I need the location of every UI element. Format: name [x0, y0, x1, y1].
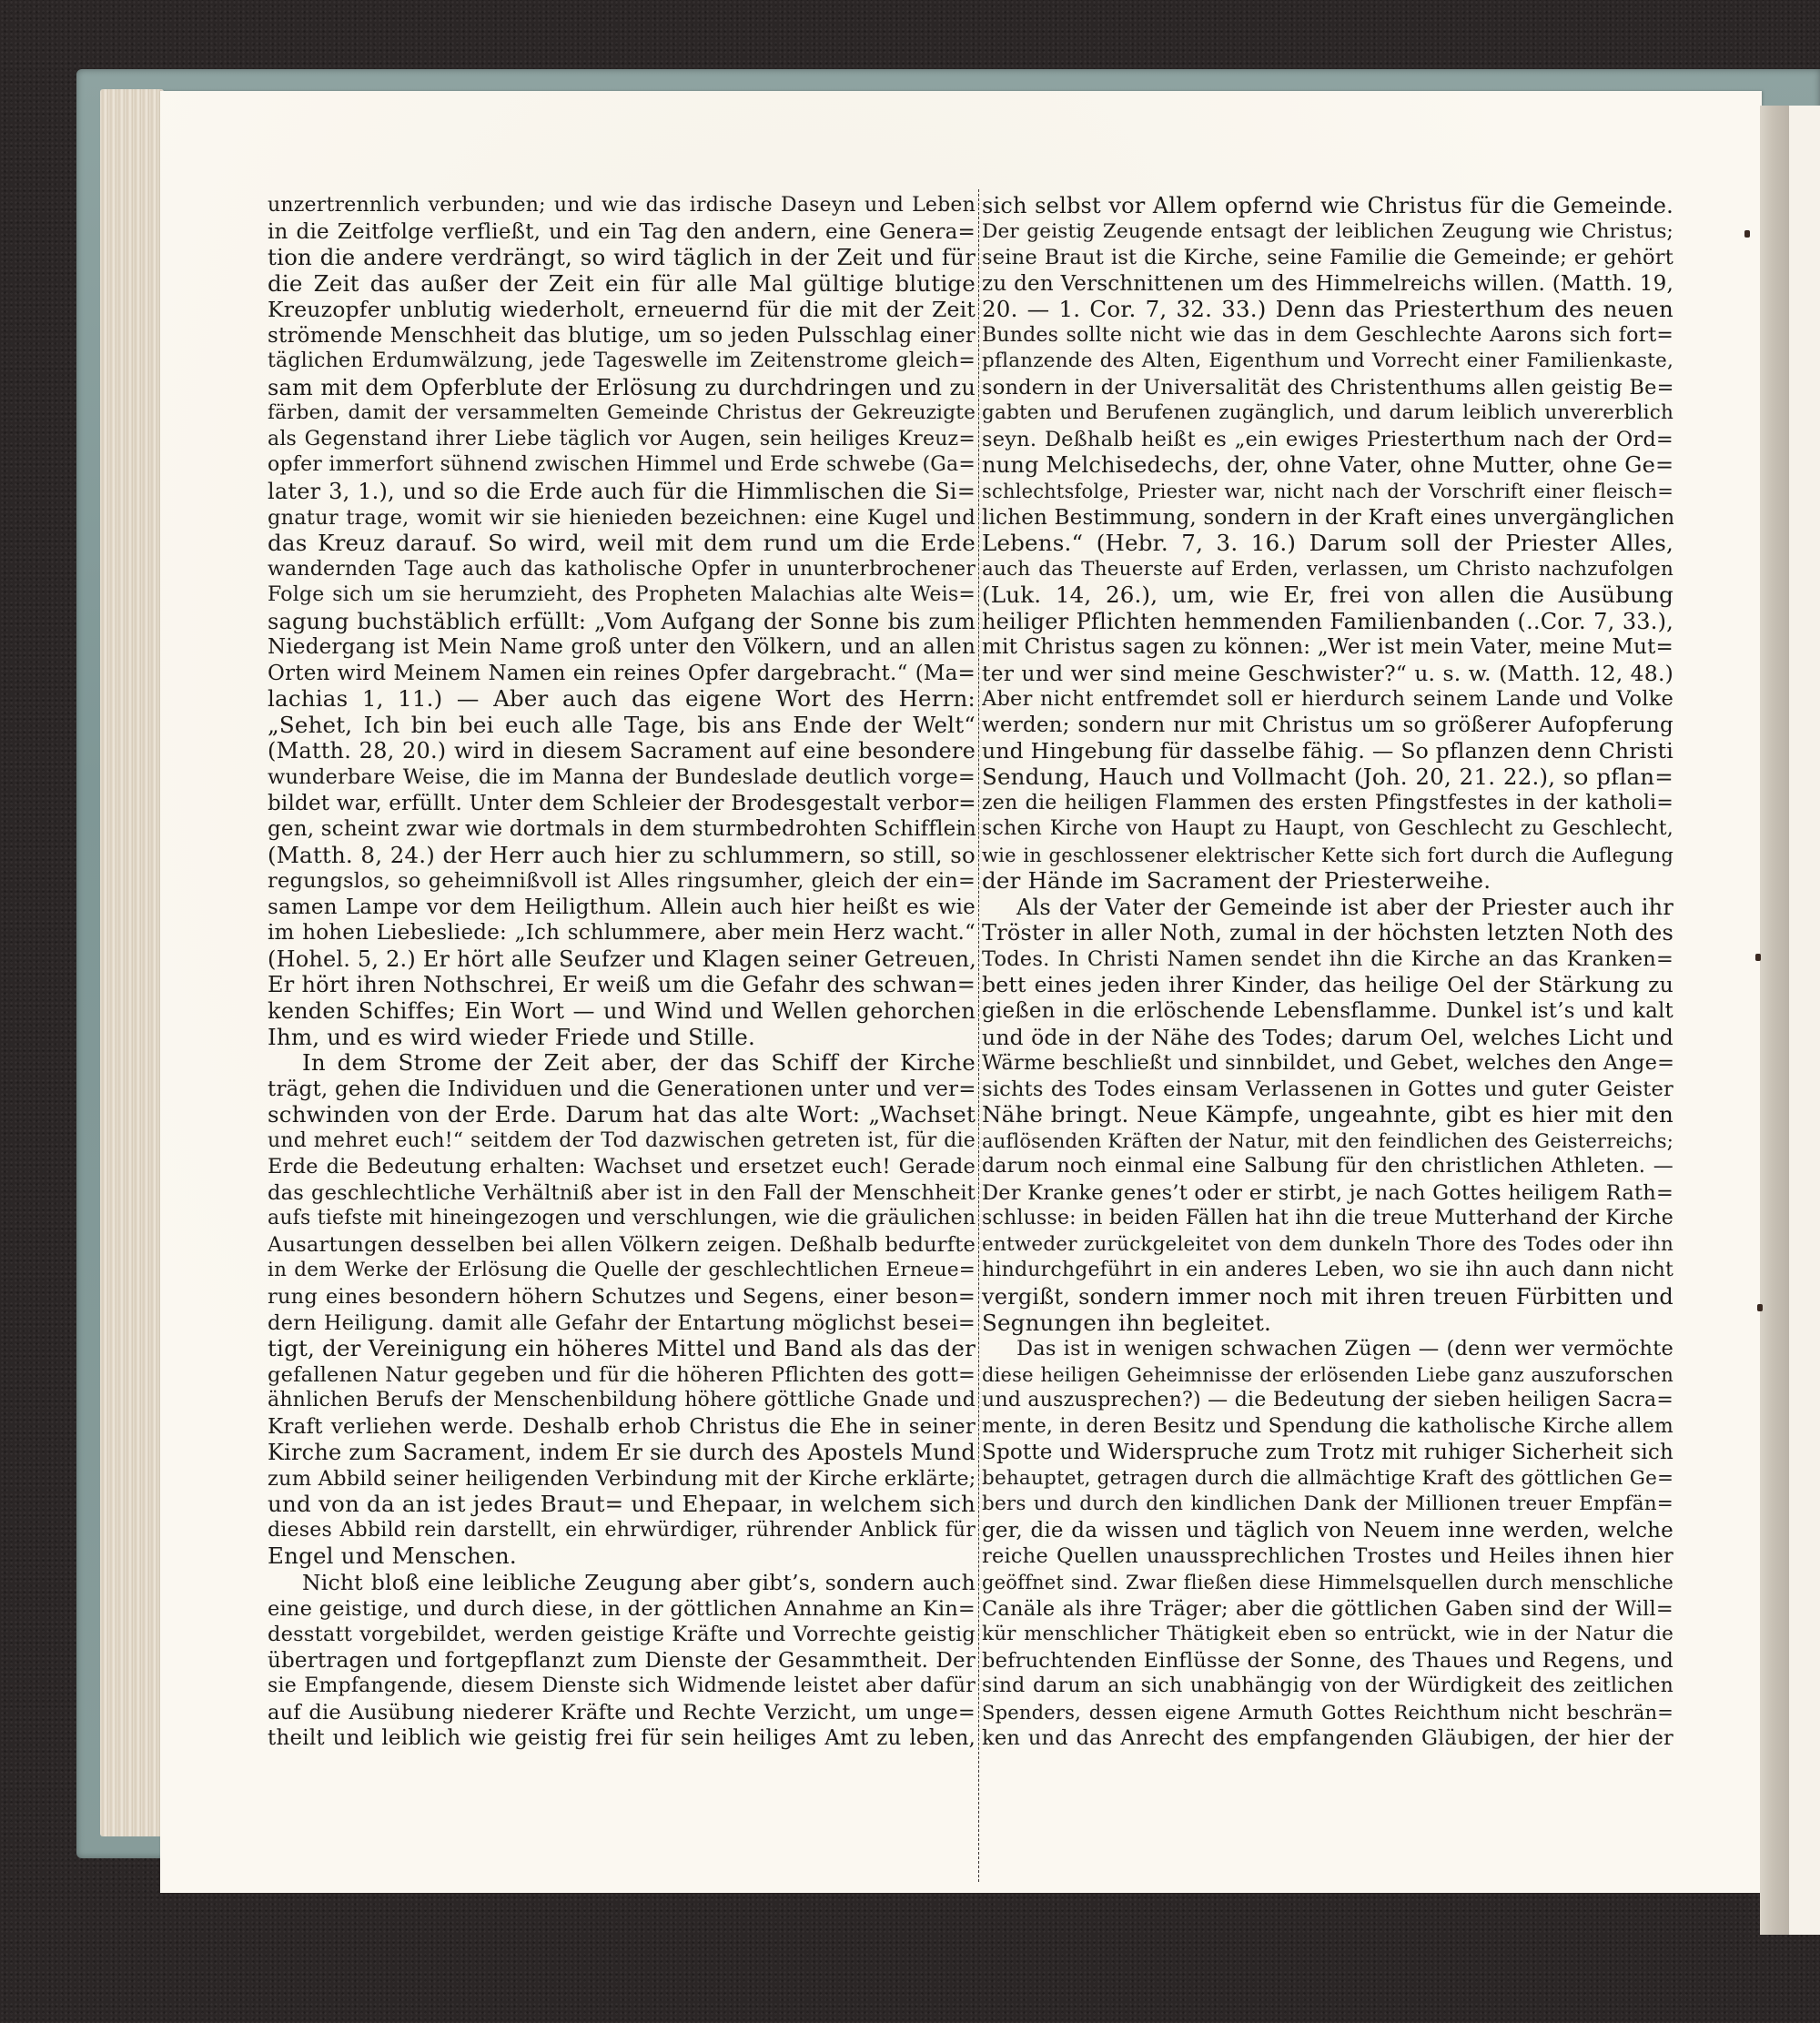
text-line: Spotte und Widerspruche zum Trotz mit ru…	[982, 1440, 1673, 1466]
text-line: zen die heiligen Flammen des ersten Pfin…	[982, 791, 1673, 817]
text-line: tigt, der Vereinigung ein höheres Mittel…	[268, 1336, 976, 1362]
text-line: Engel und Menschen.	[268, 1543, 976, 1570]
text-line: Das ist in wenigen schwachen Zügen — (de…	[982, 1336, 1673, 1362]
text-line: seyn. Deßhalb heißt es „ein ewiges Pries…	[982, 427, 1673, 453]
text-line: ter und wer sind meine Geschwister?“ u. …	[982, 661, 1673, 687]
text-line: darum noch einmal eine Salbung für den c…	[982, 1154, 1673, 1180]
text-line: sichts des Todes einsam Verlassenen in G…	[982, 1077, 1673, 1103]
text-line: lachias 1, 11.) — Aber auch das eigene W…	[268, 686, 976, 713]
text-line: seine Braut ist die Kirche, seine Famili…	[982, 245, 1673, 271]
text-line: sondern in der Universalität des Christe…	[982, 375, 1673, 401]
text-line: Erde die Bedeutung erhalten: Wachset und…	[268, 1154, 976, 1180]
text-line: auflösenden Kräften der Natur, mit den f…	[982, 1128, 1673, 1155]
text-line: sam mit dem Opferblute der Erlösung zu d…	[268, 375, 976, 401]
text-line: Bundes sollte nicht wie das in dem Gesch…	[982, 323, 1673, 349]
text-line: schlusse: in beiden Fällen hat ihn die t…	[982, 1206, 1673, 1232]
text-line: Orten wird Meinem Namen ein reines Opfer…	[268, 661, 976, 687]
text-line: Als der Vater der Gemeinde ist aber der …	[982, 895, 1673, 921]
text-line: kenden Schiffes; Ein Wort — und Wind und…	[268, 998, 976, 1025]
text-line: tion die andere verdrängt, so wird tägli…	[268, 245, 976, 271]
text-line: bers und durch den kindlichen Dank der M…	[982, 1492, 1673, 1518]
text-line: bett eines jeden ihrer Kinder, das heili…	[982, 972, 1673, 998]
page-mark	[1757, 1304, 1763, 1311]
text-line: behauptet, getragen durch die allmächtig…	[982, 1466, 1673, 1492]
text-line: sie Empfangende, diesem Dienste sich Wid…	[268, 1674, 976, 1700]
page-mark	[1755, 954, 1761, 961]
text-line: lichen Bestimmung, sondern in der Kraft …	[982, 505, 1673, 531]
text-line: in die Zeitfolge verfließt, und ein Tag …	[268, 219, 976, 246]
text-line: pflanzende des Alten, Eigenthum und Vorr…	[982, 349, 1673, 375]
text-line: Kreuzopfer unblutig wiederholt, erneuern…	[268, 297, 976, 323]
text-line: zum Abbild seiner heiligenden Verbindung…	[268, 1466, 976, 1492]
text-line: mente, in deren Besitz und Spendung die …	[982, 1414, 1673, 1441]
page-mark	[1744, 230, 1750, 238]
text-line: Niedergang ist Mein Name groß unter den …	[268, 634, 976, 661]
text-line: Ihm, und es wird wieder Friede und Still…	[268, 1025, 976, 1051]
text-line: gießen in die erlöschende Lebensflamme. …	[982, 998, 1673, 1025]
text-line: Sendung, Hauch und Vollmacht (Joh. 20, 2…	[982, 764, 1673, 791]
text-line: opfer immerfort sühnend zwischen Himmel …	[268, 452, 976, 479]
text-line: theilt und leiblich wie geistig frei für…	[268, 1725, 976, 1752]
text-line: sind darum an sich unabhängig von der Wü…	[982, 1674, 1673, 1700]
text-line: und öde in der Nähe des Todes; darum Oel…	[982, 1025, 1673, 1051]
text-line: und auszusprechen?) — die Bedeutung der …	[982, 1388, 1673, 1414]
next-page-edge	[1789, 106, 1820, 1935]
text-line: nung Melchisedechs, der, ohne Vater, ohn…	[982, 452, 1673, 479]
text-line: übertragen und fortgepflanzt zum Dienste…	[268, 1648, 976, 1674]
text-line: hindurchgeführt in ein anderes Leben, wo…	[982, 1258, 1673, 1284]
text-line: befruchtenden Einflüsse der Sonne, des T…	[982, 1648, 1673, 1674]
text-line: geöffnet sind. Zwar fließen diese Himmel…	[982, 1570, 1673, 1596]
column-divider	[978, 189, 979, 1882]
text-line: ger, die da wissen und täglich von Neuem…	[982, 1518, 1673, 1544]
text-line: eine geistige, und durch diese, in der g…	[268, 1596, 976, 1623]
text-line: strömende Menschheit das blutige, um so …	[268, 323, 976, 349]
text-line: (Matth. 28, 20.) wird in diesem Sacramen…	[268, 738, 976, 764]
text-line: 20. — 1. Cor. 7, 32. 33.) Denn das Pries…	[982, 297, 1673, 323]
text-line: desstatt vorgebildet, werden geistige Kr…	[268, 1622, 976, 1648]
text-line: entweder zurückgeleitet von dem dunkeln …	[982, 1232, 1673, 1259]
text-line: aufs tiefste mit hineingezogen und versc…	[268, 1206, 976, 1232]
text-line: täglichen Erdumwälzung, jede Tageswelle …	[268, 349, 976, 375]
text-line: Nähe bringt. Neue Kämpfe, ungeahnte, gib…	[982, 1102, 1673, 1128]
text-line: die Zeit das außer der Zeit ein für alle…	[268, 271, 976, 298]
text-line: (Luk. 14, 26.), um, wie Er, frei von all…	[982, 582, 1673, 609]
text-line: „Sehet, Ich bin bei euch alle Tage, bis …	[268, 713, 976, 739]
text-column-right: sich selbst vor Allem opfernd wie Christ…	[982, 193, 1673, 1752]
text-line: reiche Quellen unaussprechlichen Trostes…	[982, 1543, 1673, 1570]
text-line: ähnlichen Berufs der Menschenbildung höh…	[268, 1388, 976, 1414]
text-line: later 3, 1.), und so die Erde auch für d…	[268, 479, 976, 505]
text-line: schlechtsfolge, Priester war, nicht nach…	[982, 479, 1673, 505]
text-line: Kirche zum Sacrament, indem Er sie durch…	[268, 1440, 976, 1466]
text-line: das Kreuz darauf. So wird, weil mit dem …	[268, 531, 976, 557]
text-line: und von da an ist jedes Braut= und Ehepa…	[268, 1492, 976, 1518]
text-line: trägt, gehen die Individuen und die Gene…	[268, 1077, 976, 1103]
text-line: In dem Strome der Zeit aber, der das Sch…	[268, 1050, 976, 1077]
text-line: (Hohel. 5, 2.) Er hört alle Seufzer und …	[268, 946, 976, 973]
text-line: Spenders, dessen eigene Armuth Gottes Re…	[982, 1700, 1673, 1726]
text-line: Lebens.“ (Hebr. 7, 3. 16.) Darum soll de…	[982, 531, 1673, 557]
text-line: Nicht bloß eine leibliche Zeugung aber g…	[268, 1570, 976, 1596]
text-line: mit Christus sagen zu können: „Wer ist m…	[982, 634, 1673, 661]
text-line: wunderbare Weise, die im Manna der Bunde…	[268, 764, 976, 791]
text-line: gefallenen Natur gegeben und für die höh…	[268, 1362, 976, 1389]
text-line: sich selbst vor Allem opfernd wie Christ…	[982, 193, 1673, 219]
text-line: bildet war, erfüllt. Unter dem Schleier …	[268, 791, 976, 817]
text-line: Folge sich um sie herumzieht, des Prophe…	[268, 582, 976, 609]
text-line: vergißt, sondern immer noch mit ihren tr…	[982, 1284, 1673, 1310]
text-line: sagung buchstäblich erfüllt: „Vom Aufgan…	[268, 609, 976, 635]
text-line: diese heiligen Geheimnisse der erlösende…	[982, 1362, 1673, 1389]
text-line: färben, damit der versammelten Gemeinde …	[268, 400, 976, 427]
text-line: das geschlechtliche Verhältniß aber ist …	[268, 1180, 976, 1207]
text-line: unzertrennlich verbunden; und wie das ir…	[268, 193, 976, 219]
text-line: Wärme beschließt und sinnbildet, und Geb…	[982, 1050, 1673, 1077]
text-line: heiliger Pflichten hemmenden Familienban…	[982, 609, 1673, 635]
text-line: der Hände im Sacrament der Priesterweihe…	[982, 868, 1673, 895]
text-line: schen Kirche von Haupt zu Haupt, von Ges…	[982, 816, 1673, 843]
text-line: (Matth. 8, 24.) der Herr auch hier zu sc…	[268, 843, 976, 869]
text-line: und mehret euch!“ seitdem der Tod dazwis…	[268, 1128, 976, 1155]
text-line: Segnungen ihn begleitet.	[982, 1310, 1673, 1337]
text-line: kür menschlicher Thätigkeit eben so entr…	[982, 1622, 1673, 1648]
text-line: ken und das Anrecht des empfangenden Glä…	[982, 1725, 1673, 1752]
text-line: rung eines besondern höhern Schutzes und…	[268, 1284, 976, 1310]
text-line: auf die Ausübung niederer Kräfte und Rec…	[268, 1700, 976, 1726]
text-column-left: unzertrennlich verbunden; und wie das ir…	[268, 193, 976, 1752]
text-line: Ausartungen desselben bei allen Völkern …	[268, 1232, 976, 1259]
text-line: auch das Theuerste auf Erden, verlassen,…	[982, 557, 1673, 583]
text-line: gen, scheint zwar wie dortmals in dem st…	[268, 816, 976, 843]
text-line: wandernden Tage auch das katholische Opf…	[268, 557, 976, 583]
text-line: schwinden von der Erde. Darum hat das al…	[268, 1102, 976, 1128]
text-line: in dem Werke der Erlösung die Quelle der…	[268, 1258, 976, 1284]
text-line: Er hört ihren Nothschrei, Er weiß um die…	[268, 972, 976, 998]
text-line: werden; sondern nur mit Christus um so g…	[982, 713, 1673, 739]
text-line: Der geistig Zeugende entsagt der leiblic…	[982, 219, 1673, 246]
book-gutter	[1760, 106, 1791, 1935]
text-line: Tröster in aller Noth, zumal in der höch…	[982, 920, 1673, 946]
text-line: Todes. In Christi Namen sendet ihn die K…	[982, 946, 1673, 973]
text-line: gnatur trage, womit wir sie hienieden be…	[268, 505, 976, 531]
text-line: wie in geschlossener elektrischer Kette …	[982, 843, 1673, 869]
text-line: als Gegenstand ihrer Liebe täglich vor A…	[268, 427, 976, 453]
text-line: gabten und Berufenen zugänglich, und dar…	[982, 400, 1673, 427]
text-line: Canäle als ihre Träger; aber die göttlic…	[982, 1596, 1673, 1623]
text-line: Der Kranke genes’t oder er stirbt, je na…	[982, 1180, 1673, 1207]
text-line: samen Lampe vor dem Heiligthum. Allein a…	[268, 895, 976, 921]
page-block-edge	[100, 89, 164, 1836]
text-line: und Hingebung für dasselbe fähig. — So p…	[982, 738, 1673, 764]
text-line: dern Heiligung. damit alle Gefahr der En…	[268, 1310, 976, 1337]
text-line: im hohen Liebesliede: „Ich schlummere, a…	[268, 920, 976, 946]
text-line: Aber nicht entfremdet soll er hierdurch …	[982, 686, 1673, 713]
text-line: regungslos, so geheimnißvoll ist Alles r…	[268, 868, 976, 895]
text-line: dieses Abbild rein darstellt, ein ehrwür…	[268, 1518, 976, 1544]
text-line: zu den Verschnittenen um des Himmelreich…	[982, 271, 1673, 298]
text-line: Kraft verliehen werde. Deshalb erhob Chr…	[268, 1414, 976, 1441]
